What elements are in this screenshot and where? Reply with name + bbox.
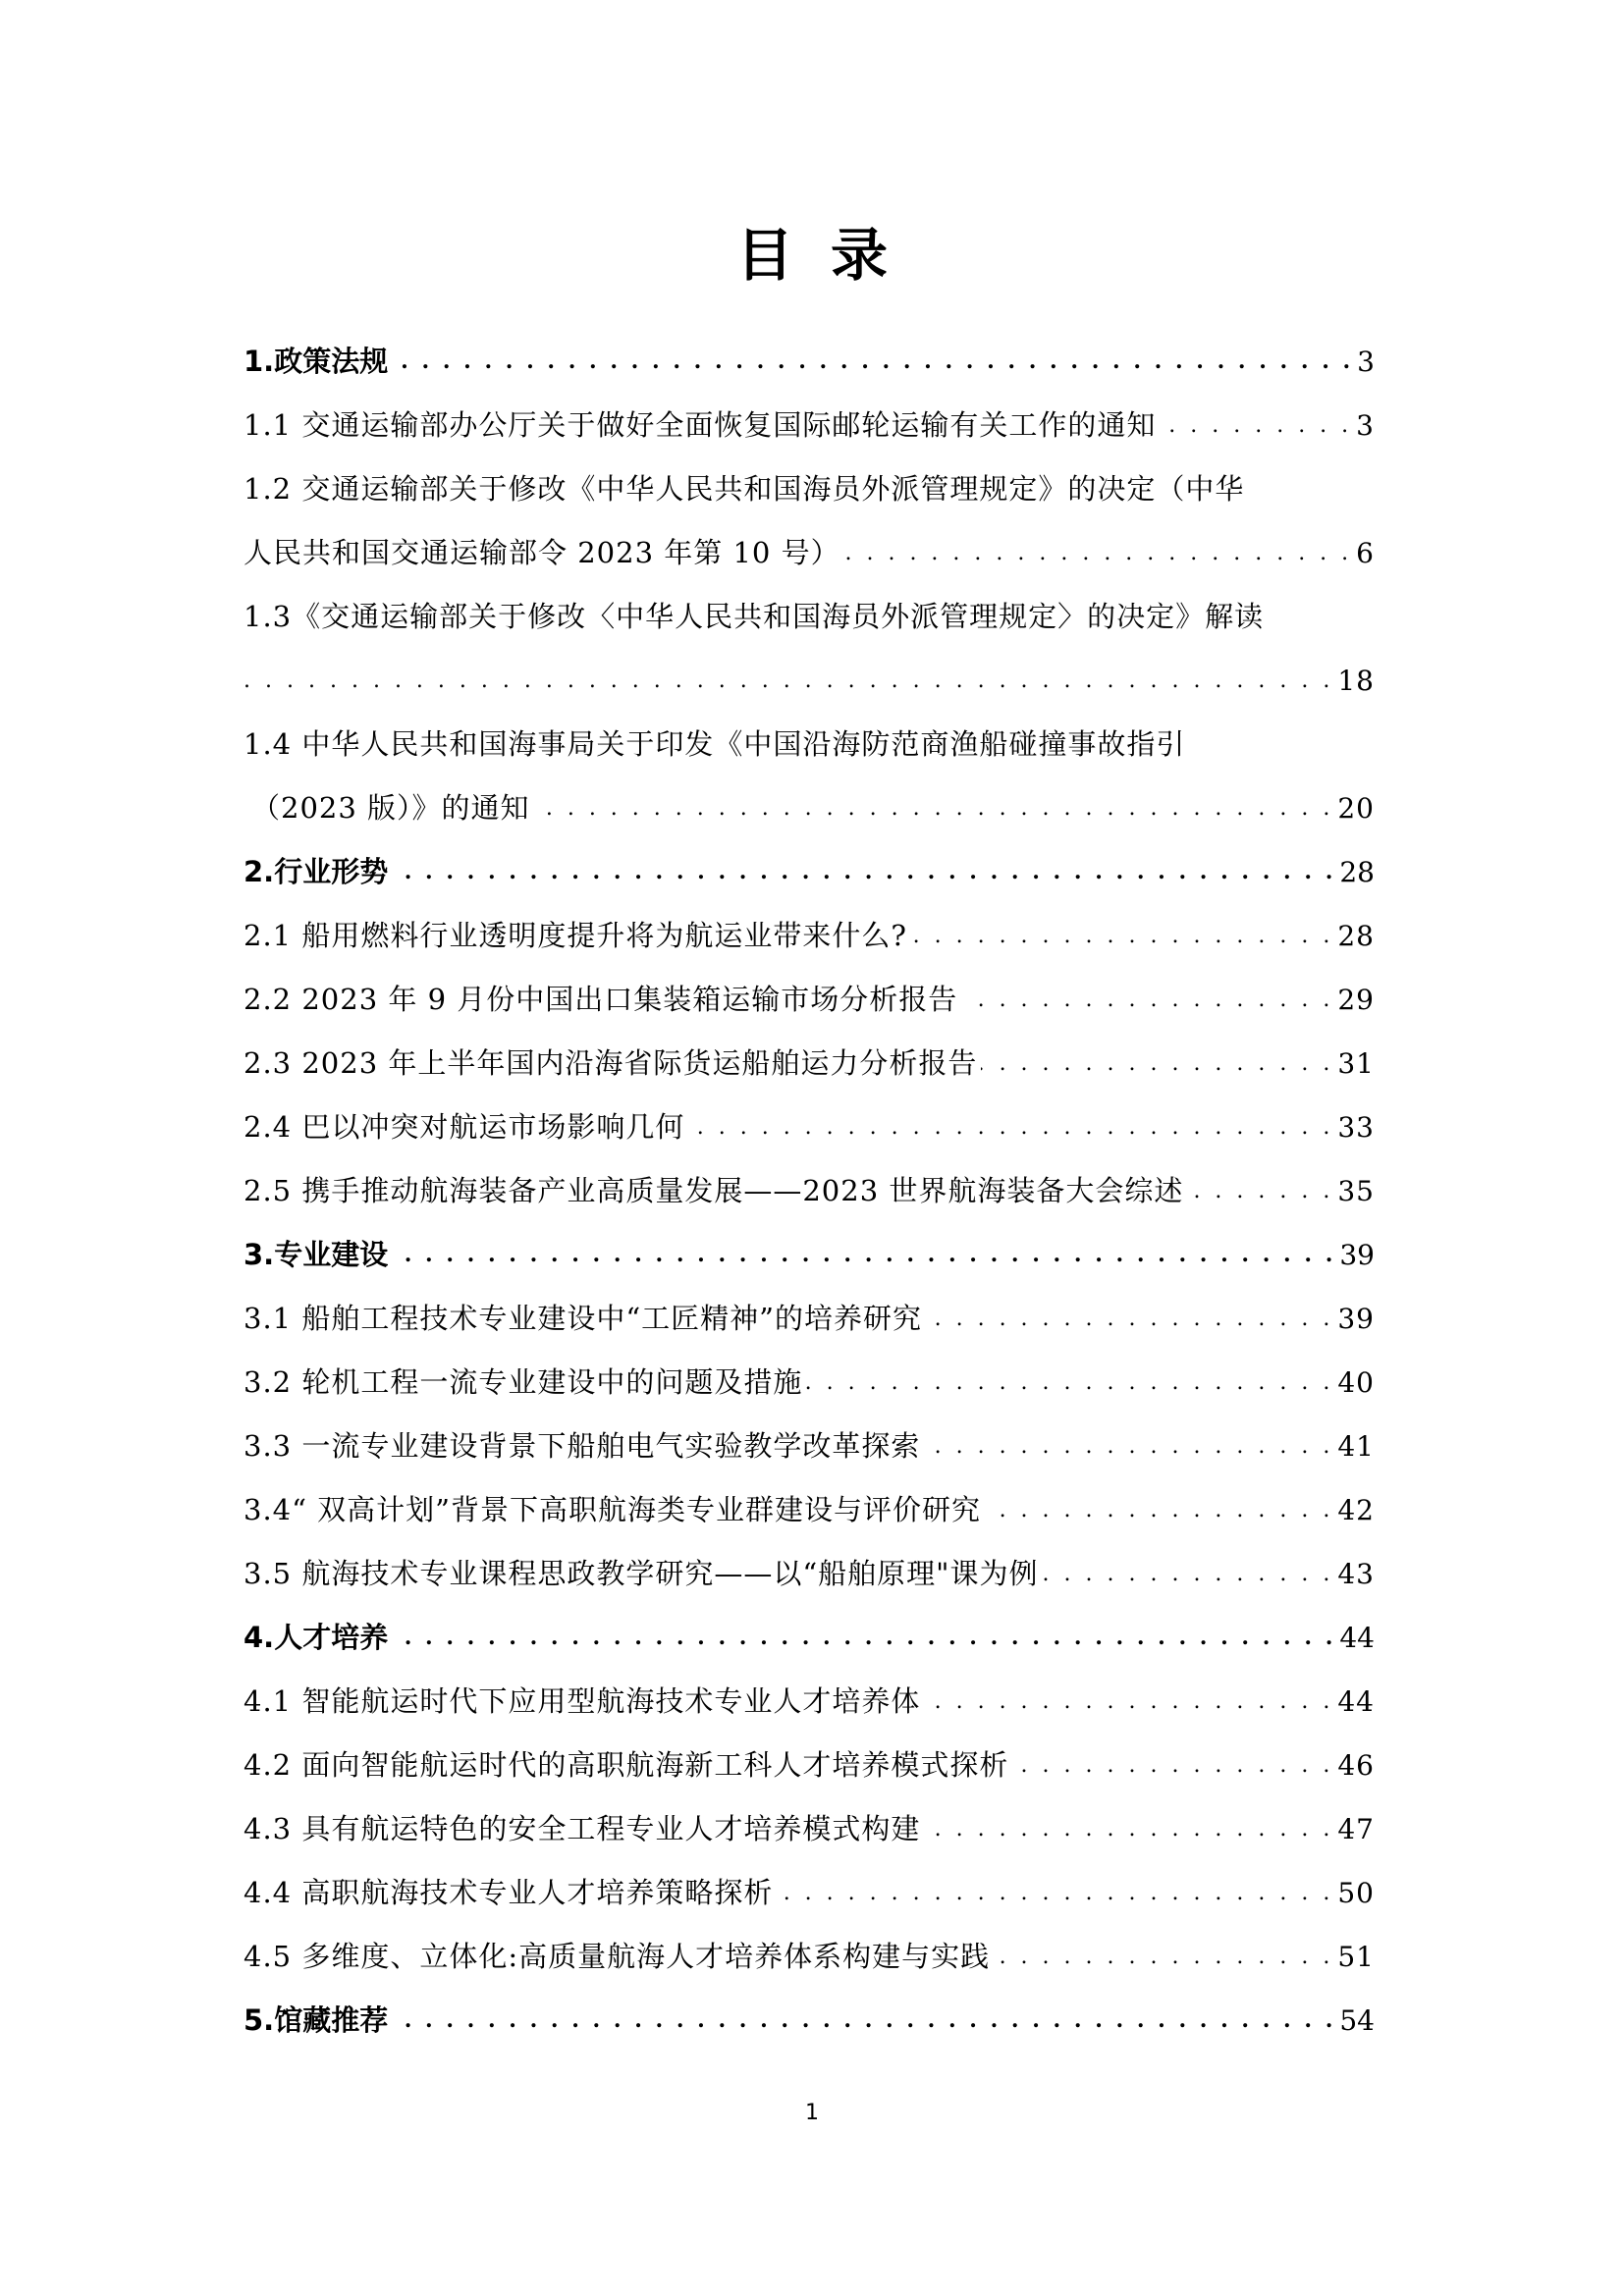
toc-entry-title: 3.4“ 双高计划”背景下高职航海类专业群建设与评价研究 [244, 1478, 981, 1542]
toc-entry-title: 1.1 交通运输部办公厅关于做好全面恢复国际邮轮运输有关工作的通知 [244, 394, 1156, 457]
toc-page-number: 3 [1356, 394, 1375, 457]
toc-page-number: 35 [1337, 1159, 1375, 1223]
toc-entry-title: 人民共和国交通运输部令 2023 年第 10 号） [244, 521, 840, 585]
toc-page-number: 6 [1356, 521, 1375, 585]
toc-entry-title: 2.4 巴以冲突对航运市场影响几何 [244, 1095, 684, 1159]
dot-leader [924, 1415, 1333, 1478]
toc-entry-title: 3.3 一流专业建设背景下船舶电气实验教学改革探索 [244, 1415, 920, 1478]
toc-page-number: 29 [1337, 968, 1375, 1032]
toc-entry-title: 4.2 面向智能航运时代的高职航海新工科人才培养模式探析 [244, 1734, 1008, 1797]
dot-leader [924, 1797, 1333, 1861]
toc-entry[interactable]: 2.2 2023 年 9 月份中国出口集装箱运输市场分析报告 29 [244, 968, 1375, 1032]
page-number: 1 [0, 2099, 1624, 2128]
toc-entry-title: 5.馆藏推荐 [244, 1989, 388, 2053]
toc-section-program-development[interactable]: 3.专业建设 39 [244, 1223, 1375, 1287]
toc-page-number: 31 [1337, 1032, 1375, 1095]
toc-entry-title: 1.4 中华人民共和国海事局关于印发《中国沿海防范商渔船碰撞事故指引 [244, 713, 1185, 776]
dot-leader [392, 1989, 1335, 2053]
document-page: 目录 1.政策法规 3 1.1 交通运输部办公厅关于做好全面恢复国际邮轮运输有关… [0, 0, 1624, 2296]
dot-leader [392, 1606, 1335, 1670]
toc-page-number: 54 [1339, 1989, 1375, 2053]
toc-entry-title: 2.3 2023 年上半年国内沿海省际货运船舶运力分析报告 [244, 1032, 977, 1095]
toc-entry-title: 1.政策法规 [244, 330, 388, 394]
toc-page-number: 46 [1337, 1734, 1375, 1797]
toc-entry-title: 2.2 2023 年 9 月份中国出口集装箱运输市场分析报告 [244, 968, 957, 1032]
toc-entry[interactable]: 2.3 2023 年上半年国内沿海省际货运船舶运力分析报告 31 [244, 1032, 1375, 1095]
toc-entry-title: （2023 版）》的通知 [251, 776, 530, 840]
toc-entry[interactable]: 3.4“ 双高计划”背景下高职航海类专业群建设与评价研究 42 [244, 1478, 1375, 1542]
dot-leader [911, 904, 1333, 968]
toc-entry-continuation[interactable]: 18 [244, 649, 1375, 713]
toc-page-number: 47 [1337, 1797, 1375, 1861]
toc-entry[interactable]: 4.3 具有航运特色的安全工程专业人才培养模式构建 47 [244, 1797, 1375, 1861]
dot-leader [1012, 1734, 1333, 1797]
toc-entry-title: 1.3《交通运输部关于修改〈中华人民共和国海员外派管理规定〉的决定》解读 [244, 585, 1264, 649]
dot-leader [392, 840, 1335, 904]
toc-entry[interactable]: 4.2 面向智能航运时代的高职航海新工科人才培养模式探析 46 [244, 1734, 1375, 1797]
toc-entry[interactable]: 3.5 航海技术专业课程思政教学研究——以“船舶原理"课为例 43 [244, 1542, 1375, 1606]
dot-leader [392, 330, 1353, 394]
dot-leader [961, 968, 1333, 1032]
toc-page-number: 33 [1337, 1095, 1375, 1159]
toc-page-number: 44 [1339, 1606, 1375, 1670]
toc-entry-title: 4.人才培养 [244, 1606, 388, 1670]
toc-entry[interactable]: 4.5 多维度、立体化:高质量航海人才培养体系构建与实践 51 [244, 1925, 1375, 1989]
toc-entry[interactable]: 1.4 中华人民共和国海事局关于印发《中国沿海防范商渔船碰撞事故指引 [244, 713, 1375, 776]
dot-leader [981, 1032, 1333, 1095]
toc-entry-title: 4.3 具有航运特色的安全工程专业人才培养模式构建 [244, 1797, 920, 1861]
toc-page-number: 50 [1337, 1861, 1375, 1925]
toc-page-number: 28 [1337, 904, 1375, 968]
toc-entry-title: 2.1 船用燃料行业透明度提升将为航运业带来什么? [244, 904, 907, 968]
dot-leader [392, 1223, 1335, 1287]
page-title: 目录 [0, 218, 1624, 293]
dot-leader [985, 1478, 1333, 1542]
toc-page-number: 51 [1337, 1925, 1375, 1989]
toc-entry-continuation[interactable]: （2023 版）》的通知 20 [244, 776, 1375, 840]
toc-entry-title: 3.专业建设 [244, 1223, 388, 1287]
toc-section-collection-recommendations[interactable]: 5.馆藏推荐 54 [244, 1989, 1375, 2053]
toc-page-number: 40 [1337, 1351, 1375, 1415]
toc-entry[interactable]: 1.3《交通运输部关于修改〈中华人民共和国海员外派管理规定〉的决定》解读 [244, 585, 1375, 649]
toc-entry-title: 3.5 航海技术专业课程思政教学研究——以“船舶原理"课为例 [244, 1542, 1039, 1606]
toc-entry-title: 4.5 多维度、立体化:高质量航海人才培养体系构建与实践 [244, 1925, 990, 1989]
toc-page-number: 39 [1339, 1223, 1375, 1287]
dot-leader [994, 1925, 1333, 1989]
dot-leader [926, 1287, 1333, 1351]
toc-entry[interactable]: 4.1 智能航运时代下应用型航海技术专业人才培养体 44 [244, 1670, 1375, 1734]
toc-page-number: 44 [1337, 1670, 1375, 1734]
toc-page-number: 42 [1337, 1478, 1375, 1542]
toc-page-number: 20 [1337, 776, 1375, 840]
dot-leader [924, 1670, 1333, 1734]
dot-leader [1160, 394, 1352, 457]
toc-page-number: 43 [1337, 1542, 1375, 1606]
dot-leader [806, 1351, 1333, 1415]
toc-page-number: 28 [1339, 840, 1375, 904]
toc-page-number: 3 [1357, 330, 1375, 394]
toc-section-industry[interactable]: 2.行业形势 28 [244, 840, 1375, 904]
toc-entry[interactable]: 1.2 交通运输部关于修改《中华人民共和国海员外派管理规定》的决定（中华 [244, 457, 1375, 521]
toc-entry-title: 4.1 智能航运时代下应用型航海技术专业人才培养体 [244, 1670, 920, 1734]
toc-entry-title: 2.5 携手推动航海装备产业高质量发展——2023 世界航海装备大会综述 [244, 1159, 1183, 1223]
toc-entry-title: 1.2 交通运输部关于修改《中华人民共和国海员外派管理规定》的决定（中华 [244, 457, 1244, 521]
dot-leader [777, 1861, 1333, 1925]
toc-entry[interactable]: 3.1 船舶工程技术专业建设中“工匠精神”的培养研究 39 [244, 1287, 1375, 1351]
toc-entry-continuation[interactable]: 人民共和国交通运输部令 2023 年第 10 号） 6 [244, 521, 1375, 585]
toc-section-talent-cultivation[interactable]: 4.人才培养 44 [244, 1606, 1375, 1670]
dot-leader [844, 521, 1353, 585]
toc-entry[interactable]: 1.1 交通运输部办公厅关于做好全面恢复国际邮轮运输有关工作的通知 3 [244, 394, 1375, 457]
toc-entry[interactable]: 3.2 轮机工程一流专业建设中的问题及措施 40 [244, 1351, 1375, 1415]
table-of-contents: 1.政策法规 3 1.1 交通运输部办公厅关于做好全面恢复国际邮轮运输有关工作的… [244, 330, 1375, 2053]
toc-entry-title: 3.1 船舶工程技术专业建设中“工匠精神”的培养研究 [244, 1287, 922, 1351]
toc-entry[interactable]: 2.5 携手推动航海装备产业高质量发展——2023 世界航海装备大会综述 35 [244, 1159, 1375, 1223]
toc-page-number: 41 [1337, 1415, 1375, 1478]
dot-leader [688, 1095, 1333, 1159]
toc-section-policy[interactable]: 1.政策法规 3 [244, 330, 1375, 394]
toc-entry[interactable]: 4.4 高职航海技术专业人才培养策略探析 50 [244, 1861, 1375, 1925]
dot-leader [1187, 1159, 1333, 1223]
dot-leader [534, 776, 1334, 840]
toc-page-number: 18 [1337, 649, 1375, 713]
dot-leader [1043, 1542, 1334, 1606]
toc-entry-title: 4.4 高职航海技术专业人才培养策略探析 [244, 1861, 773, 1925]
toc-entry-title: 3.2 轮机工程一流专业建设中的问题及措施 [244, 1351, 802, 1415]
toc-page-number: 39 [1337, 1287, 1375, 1351]
dot-leader [244, 649, 1333, 713]
toc-entry-title: 2.行业形势 [244, 840, 388, 904]
toc-entry[interactable]: 3.3 一流专业建设背景下船舶电气实验教学改革探索 41 [244, 1415, 1375, 1478]
toc-entry[interactable]: 2.1 船用燃料行业透明度提升将为航运业带来什么? 28 [244, 904, 1375, 968]
toc-entry[interactable]: 2.4 巴以冲突对航运市场影响几何 33 [244, 1095, 1375, 1159]
